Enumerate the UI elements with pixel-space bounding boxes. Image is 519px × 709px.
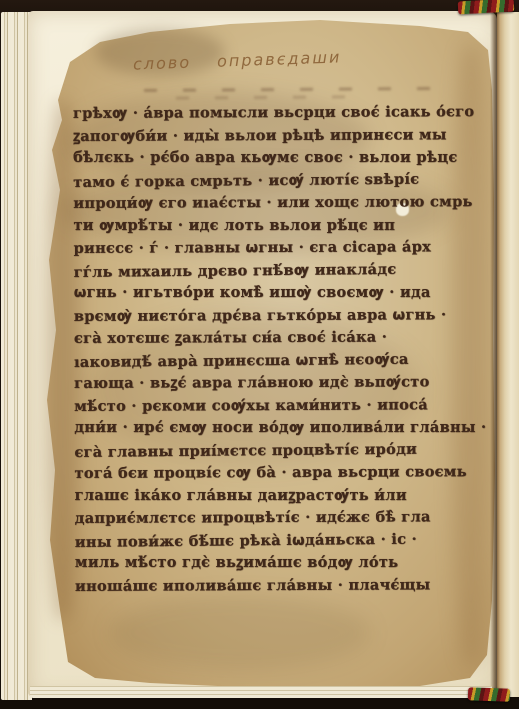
manuscript-line: врємѹ̀ ниєто́га дрє́ва гьтко́ры авра ѡгн… — [74, 304, 478, 328]
manuscript-line: мѣ́сто · рєкоми соѹ́хы ками́нить · ипоса… — [74, 394, 478, 418]
manuscript-line: ꙁапогѹби́и · иды̀ вьлои рѣцѣ ипринєси мы — [73, 124, 477, 148]
manuscript-line: дни́и · ирє́ ємѹ носи во́дѹ иполива́ли г… — [74, 417, 478, 440]
manuscript-line: миль мѣ́сто гдє̀ вьꙁима́шє во́дѹ ло́ть — [75, 552, 479, 575]
manuscript-line: гѓль михаиль дрєво гнѣ́вѹ инакла́дє — [74, 258, 478, 284]
manuscript-line: ипроци́ѹ єго иıає́сты · или хощє лютою с… — [73, 191, 477, 215]
text-block: грѣхѹ · а́вра помысли вьсрци своє́ ісакь… — [73, 101, 479, 598]
manuscript-line: ѡгнь · игьтво́ри комѣ̀ ишѹ̀ своємѹ · ида — [74, 282, 478, 305]
manuscript-line: ıаковидѣ́ авра̀ принєсша ѡгнѣ̀ нєоѹ́са — [74, 348, 478, 374]
manuscript-line: ти ѹмрѣ́ты · идє лоть вьлои рѣ́цє ип — [73, 215, 477, 238]
manuscript-photo: словооправєдаши грѣхѹ · а́вра помысли вь… — [0, 0, 519, 709]
manuscript-line: глашє іка́ко гла́вны даиꙁрастѹ́ть и́ли — [75, 484, 479, 507]
manuscript-line: тога́ бєи процві́є сѹ ба̀ · авра вьсрци … — [74, 461, 478, 485]
manuscript-line: єга̀ хотєшє ꙁакла́ты сн́а своє́ іса́ка · — [74, 326, 478, 350]
manuscript-line: ины пови́жє бѣ́шє рѣка̀ іѡда́ньска · іс … — [75, 528, 479, 554]
manuscript-line: єга̀ главны приі́мєтсє процвѣті́є иро́ди — [74, 438, 478, 464]
manuscript-line: даприє́млєтсє ипроцвѣті́є · идє́жє бѣ̀ г… — [75, 506, 479, 530]
manuscript-line: ринєсє · ѓ · главны ѡгны · єга сісара а́… — [74, 236, 478, 260]
manuscript-line: грѣхѹ · а́вра помысли вьсрци своє́ ісакь… — [73, 101, 477, 125]
header-word: слово — [133, 53, 192, 74]
manuscript-line: иноша́шє иполива́шє гла́вны · плачє́щы — [75, 574, 479, 598]
page-edge-stack-bottom — [30, 686, 492, 698]
manuscript-line: гающа · вьꙁє́ авра гла́вною идє̀ вьпѹ́ст… — [74, 371, 478, 395]
manuscript-line: бѣлєкь · рє́бо авра кьѹмє своє · вьлои р… — [73, 147, 477, 170]
endband-bottom-icon — [468, 687, 510, 701]
manuscript-line: тамо є́ горка смрьть · исѹ́ люті́є ѕвѣрі… — [73, 168, 477, 194]
facing-page-edge — [497, 12, 519, 697]
